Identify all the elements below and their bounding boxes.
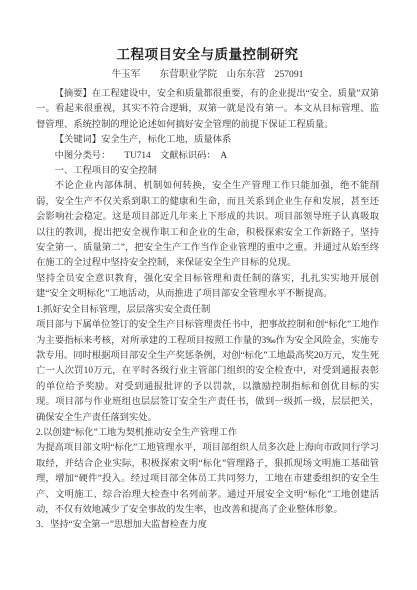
- subsection-1-paragraph: 项目部与下属单位签订的安全生产目标管理责任书中，把事故控制和创“标化”工地作为主…: [36, 318, 379, 426]
- section-1-heading: 一、工程项目的安全控制: [36, 164, 379, 179]
- subsection-1-heading: 1.抓好安全目标管理，层层落实安全责任制: [36, 303, 379, 318]
- section-1-paragraph-1: 不论企业内部体制、机制如何转换，安全生产管理工作只能加强，绝不能削弱，安全生产不…: [36, 179, 379, 271]
- keywords-paragraph: 【关键词】安全生产，标化工地，质量体系: [36, 133, 379, 148]
- subsection-2-paragraph: 为提高项目部文明“标化”工地管理水平，项目部组织人员多次赴上海向市政同行学习取经…: [36, 441, 379, 518]
- paper-title: 工程项目安全与质量控制研究: [36, 47, 379, 64]
- section-1-paragraph-2: 坚持全员安全意识教育，强化安全目标管理和责任制的落实，扎扎实实地开展创建“安全文…: [36, 272, 379, 303]
- subsection-3-heading: 3．坚持“安全第一”思想加大监督检查力度: [36, 518, 379, 533]
- clc-classification-line: 中图分类号： TU714 文献标识码： A: [36, 149, 379, 164]
- document-page: 工程项目安全与质量控制研究 牛玉军 东营职业学院 山东东营 257091 【摘要…: [0, 0, 417, 590]
- page-content: 工程项目安全与质量控制研究 牛玉军 东营职业学院 山东东营 257091 【摘要…: [0, 0, 417, 534]
- author-affiliation-line: 牛玉军 东营职业学院 山东东营 257091: [36, 68, 379, 82]
- subsection-2-heading: 2.以创建“标化”工地为契机推动安全生产管理工作: [36, 426, 379, 441]
- abstract-paragraph: 【摘要】在工程建设中，安全和质量都很重要，有的企业提出“安全、质量”双第一。看起…: [36, 87, 379, 133]
